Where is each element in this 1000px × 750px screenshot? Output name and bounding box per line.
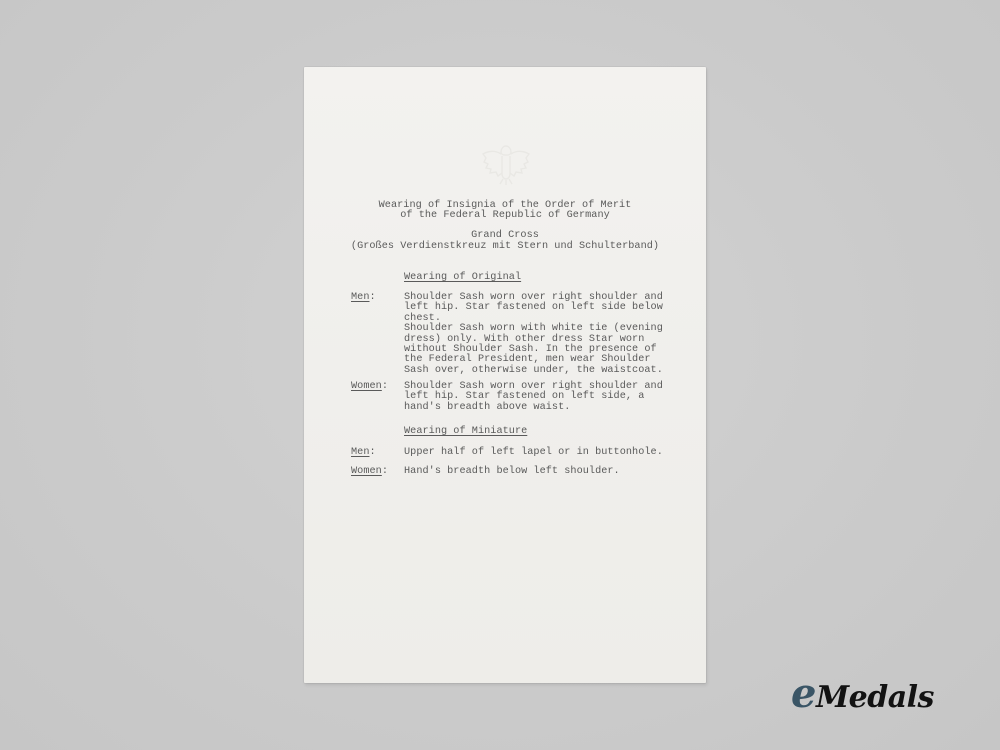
label-colon: :	[370, 447, 376, 458]
emedals-watermark-logo: e Medals	[791, 674, 934, 714]
label-colon: :	[370, 292, 376, 303]
document-title-line-2: of the Federal Republic of Germany	[304, 211, 706, 221]
entry-label-text: Men	[351, 447, 370, 458]
entry-label: Men:	[351, 448, 376, 458]
entry-text: Shoulder Sash worn over right shoulder a…	[404, 382, 663, 413]
label-colon: :	[382, 381, 388, 392]
grade-german-title: (Großes Verdienstkreuz mit Stern und Sch…	[304, 242, 706, 252]
section-heading-miniature: Wearing of Miniature	[404, 427, 527, 437]
section-heading-original: Wearing of Original	[404, 273, 521, 283]
entry-label: Women:	[351, 467, 388, 477]
label-colon: :	[382, 466, 388, 477]
document-sheet: Wearing of Insignia of the Order of Meri…	[304, 67, 706, 683]
entry-text: Shoulder Sash worn over right shoulder a…	[404, 293, 663, 376]
entry-text: Hand's breadth below left shoulder.	[404, 467, 620, 477]
federal-eagle-embossed-icon	[479, 140, 533, 188]
logo-wordmark: Medals	[816, 678, 934, 718]
entry-label: Men:	[351, 293, 376, 303]
logo-e-mark: e	[791, 674, 816, 714]
entry-label-text: Women	[351, 381, 382, 392]
grade-title: Grand Cross	[304, 231, 706, 241]
entry-label-text: Men	[351, 292, 370, 303]
entry-label: Women:	[351, 382, 388, 392]
entry-text: Upper half of left lapel or in buttonhol…	[404, 448, 663, 458]
entry-label-text: Women	[351, 466, 382, 477]
